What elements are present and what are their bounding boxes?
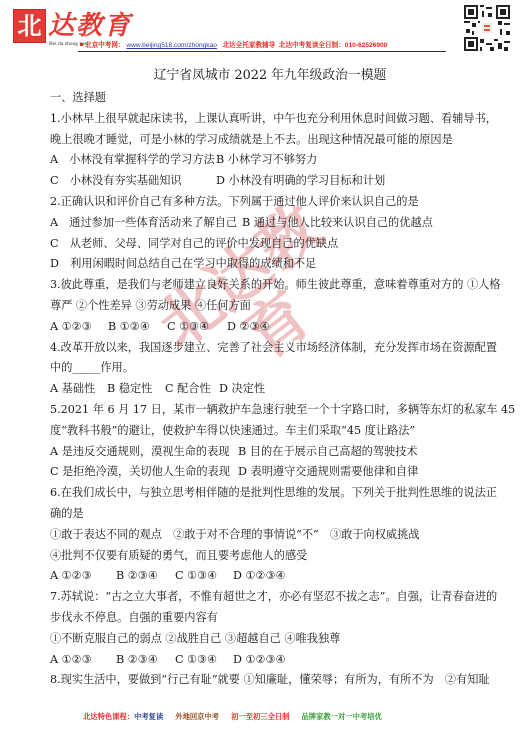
option-d: D 决定性 (219, 379, 265, 400)
option-row: C 小林没有夯实基础知识 D 小林没有明确的学习目标和计划 (50, 171, 490, 192)
question-1: 1.小林早上很早就起床读书，上课认真听讲，中午也充分利用休息时间做习题、看辅导书… (50, 109, 490, 192)
section-heading: 一、选择题 (50, 88, 490, 109)
question-text: 晚上很晚才睡觉，可是小林的学习成绩就是上不去。出现这种情况最可能的原因是 (50, 130, 490, 151)
option-b: B 小林学习不够努力 (216, 150, 317, 171)
option-row: A 小林没有掌握科学的学习方法 B 小林学习不够努力 (50, 150, 490, 171)
option-b: B ②③④ (116, 566, 175, 587)
question-text: 7.苏轼说：“古之立大事者，不惟有超世之才，亦必有坚忍不拔之志”。自强，让青春奋… (50, 587, 490, 608)
option-b: B ①②④ (108, 317, 167, 338)
option-row: C 是拒绝冷漠，关切他人生命的表现 D 表明遵守交通规则需要他律和自律 (50, 462, 490, 483)
option-a: A 基础性 (50, 379, 107, 400)
question-text: 步伐永不停息。自强的重要内容有 (50, 608, 490, 629)
question-text: 4.改革开放以来，我国逐步建立、完善了社会主义市场经济体制，充分发挥市场在资源配… (50, 338, 490, 359)
option-c: C 从老师、父母、同学对自己的评价中发现自己的优缺点 (50, 234, 338, 255)
option-row: D 利用闲暇时间总结自己在学习中取得的成绩和不足 (50, 254, 490, 275)
bullet-icon (80, 43, 83, 46)
question-text: 度“教科书般”的避让，使救护车得以快速通过。车主们采取“45 度让路法” (50, 421, 490, 442)
qr-code-icon (464, 5, 510, 51)
option-c: C ①③④ (175, 650, 233, 671)
option-row: C 从老师、父母、同学对自己的评价中发现自己的优缺点 (50, 234, 490, 255)
tagline-tutoring: 北达全托家教辅导 (222, 42, 275, 49)
option-a: A ①②③ (50, 317, 108, 338)
question-3: 3.彼此尊重，是我们与老师建立良好关系的开始。师生彼此尊重，意味着尊重对方的 ①… (50, 275, 490, 337)
question-text: 确的是 (50, 504, 490, 525)
option-row: A 基础性 B 稳定性 C 配合性 D 决定性 (50, 379, 490, 400)
question-5: 5.2021 年 6 月 17 日，某市一辆救护车急速行驶至一个十字路口时，多辆… (50, 400, 490, 483)
footer-course-review: 中考复读 (134, 712, 163, 721)
site-link[interactable]: www.beijing518.com/zhongkao (126, 42, 217, 49)
header-divider (78, 51, 446, 52)
page-footer: 北达特色课程：中考复读 外地回京中考 初一至初三全日制 品牌家教一对一中考培优 (83, 712, 392, 722)
option-d: D 小林没有明确的学习目标和计划 (216, 171, 385, 192)
question-7: 7.苏轼说：“古之立大事者，不惟有超世之才，亦必有坚忍不拔之志”。自强，让青春奋… (50, 587, 490, 670)
logo-text: 达教育 (48, 5, 132, 42)
option-a: A ①②③ (50, 650, 116, 671)
question-text: 2.正确认识和评价自己有多种方法。下列属于通过他人评价来认识自己的是 (50, 192, 490, 213)
option-c: C ①③④ (175, 566, 233, 587)
option-row: A 是违反交通规则，漠视生命的表现 B 目的在于展示自己高超的驾驶技术 (50, 442, 490, 463)
option-c: C 小林没有夯实基础知识 (50, 171, 216, 192)
option-d: D ①②③④ (233, 566, 286, 587)
option-d: D 利用闲暇时间总结自己在学习中取得的成绩和不足 (50, 254, 316, 275)
option-row: A ①②③ B ②③④ C ①③④ D ①②③④ (50, 650, 490, 671)
option-c: C 配合性 (165, 379, 219, 400)
option-c: C ①③④ (167, 317, 227, 338)
option-row: A ①②③ B ②③④ C ①③④ D ①②③④ (50, 566, 490, 587)
option-a: A 通过参加一些体育活动来了解自己 (50, 213, 242, 234)
option-a: A 是违反交通规则，漠视生命的表现 (50, 442, 238, 463)
option-b: B 稳定性 (107, 379, 165, 400)
option-b: B 目的在于展示自己高超的驾驶技术 (238, 442, 418, 463)
statement-list: ④批判不仅要有质疑的勇气，而且要考虑他人的感受 (50, 546, 490, 567)
option-b: B ②③④ (116, 650, 175, 671)
tagline-phone: 北达中考复读全日制：010-62526900 (279, 42, 387, 49)
page-header: 北 达教育 Bei da zhong kao 北京中考网： www.beijin… (0, 0, 530, 58)
question-text: 6.在我们成长中，与独立思考相伴随的是批判性思维的发展。下列关于批判性思维的说法… (50, 483, 490, 504)
question-8: 8.现实生活中，要做到“行己有耻”就要 ①知廉耻，懂荣辱；有所为，有所不为 ②有… (50, 670, 490, 691)
option-row: A ①②③ B ①②④ C ①③④ D ②③④ (50, 317, 490, 338)
option-a: A 小林没有掌握科学的学习方法 (50, 150, 216, 171)
statement-list: ①敢于表达不同的观点 ②敢于对不合理的事情说“不” ③敢于向权威挑战 (50, 525, 490, 546)
option-d: D 表明遵守交通规则需要他律和自律 (238, 462, 418, 483)
document-title: 辽宁省凤城市 2022 年九年级政治一模题 (50, 64, 490, 88)
statement-list: ①不断克服自己的弱点 ②战胜自己 ③超越自己 ④唯我独尊 (50, 629, 490, 650)
footer-course-tutoring: 品牌家教一对一中考培优 (302, 712, 382, 721)
logo-mark: 北 (13, 9, 46, 43)
footer-course-return: 外地回京中考 (175, 712, 219, 721)
question-4: 4.改革开放以来，我国逐步建立、完善了社会主义市场经济体制，充分发挥市场在资源配… (50, 338, 490, 400)
footer-label: 北达特色课程： (83, 712, 134, 721)
header-contact-line: 北京中考网： www.beijing518.com/zhongkao 北达全托家… (80, 39, 460, 49)
option-d: D ①②③④ (233, 650, 286, 671)
option-d: D ②③④ (227, 317, 270, 338)
option-c: C 是拒绝冷漠，关切他人生命的表现 (50, 462, 238, 483)
question-text: 尊严 ②个性差异 ③劳动成果 ④任何方面 (50, 296, 490, 317)
question-text: 5.2021 年 6 月 17 日，某市一辆救护车急速行驶至一个十字路口时，多辆… (50, 400, 490, 421)
question-text: 中的_____作用。 (50, 358, 490, 379)
question-text: 8.现实生活中，要做到“行己有耻”就要 ①知廉耻，懂荣辱；有所为，有所不为 ②有… (50, 670, 490, 691)
document-body: 辽宁省凤城市 2022 年九年级政治一模题 一、选择题 1.小林早上很早就起床读… (50, 60, 490, 691)
option-row: A 通过参加一些体育活动来了解自己 B 通过与他人比较来认识自己的优越点 (50, 213, 490, 234)
question-text: 1.小林早上很早就起床读书，上课认真听讲，中午也充分利用休息时间做习题、看辅导书… (50, 109, 490, 130)
site-label: 北京中考网： (85, 42, 125, 49)
option-a: A ①②③ (50, 566, 116, 587)
question-6: 6.在我们成长中，与独立思考相伴随的是批判性思维的发展。下列关于批判性思维的说法… (50, 483, 490, 587)
question-text: 3.彼此尊重，是我们与老师建立良好关系的开始。师生彼此尊重，意味着尊重对方的 ①… (50, 275, 490, 296)
option-b: B 通过与他人比较来认识自己的优越点 (242, 213, 433, 234)
footer-course-fulltime: 初一至初三全日制 (231, 712, 289, 721)
question-2: 2.正确认识和评价自己有多种方法。下列属于通过他人评价来认识自己的是 A 通过参… (50, 192, 490, 275)
